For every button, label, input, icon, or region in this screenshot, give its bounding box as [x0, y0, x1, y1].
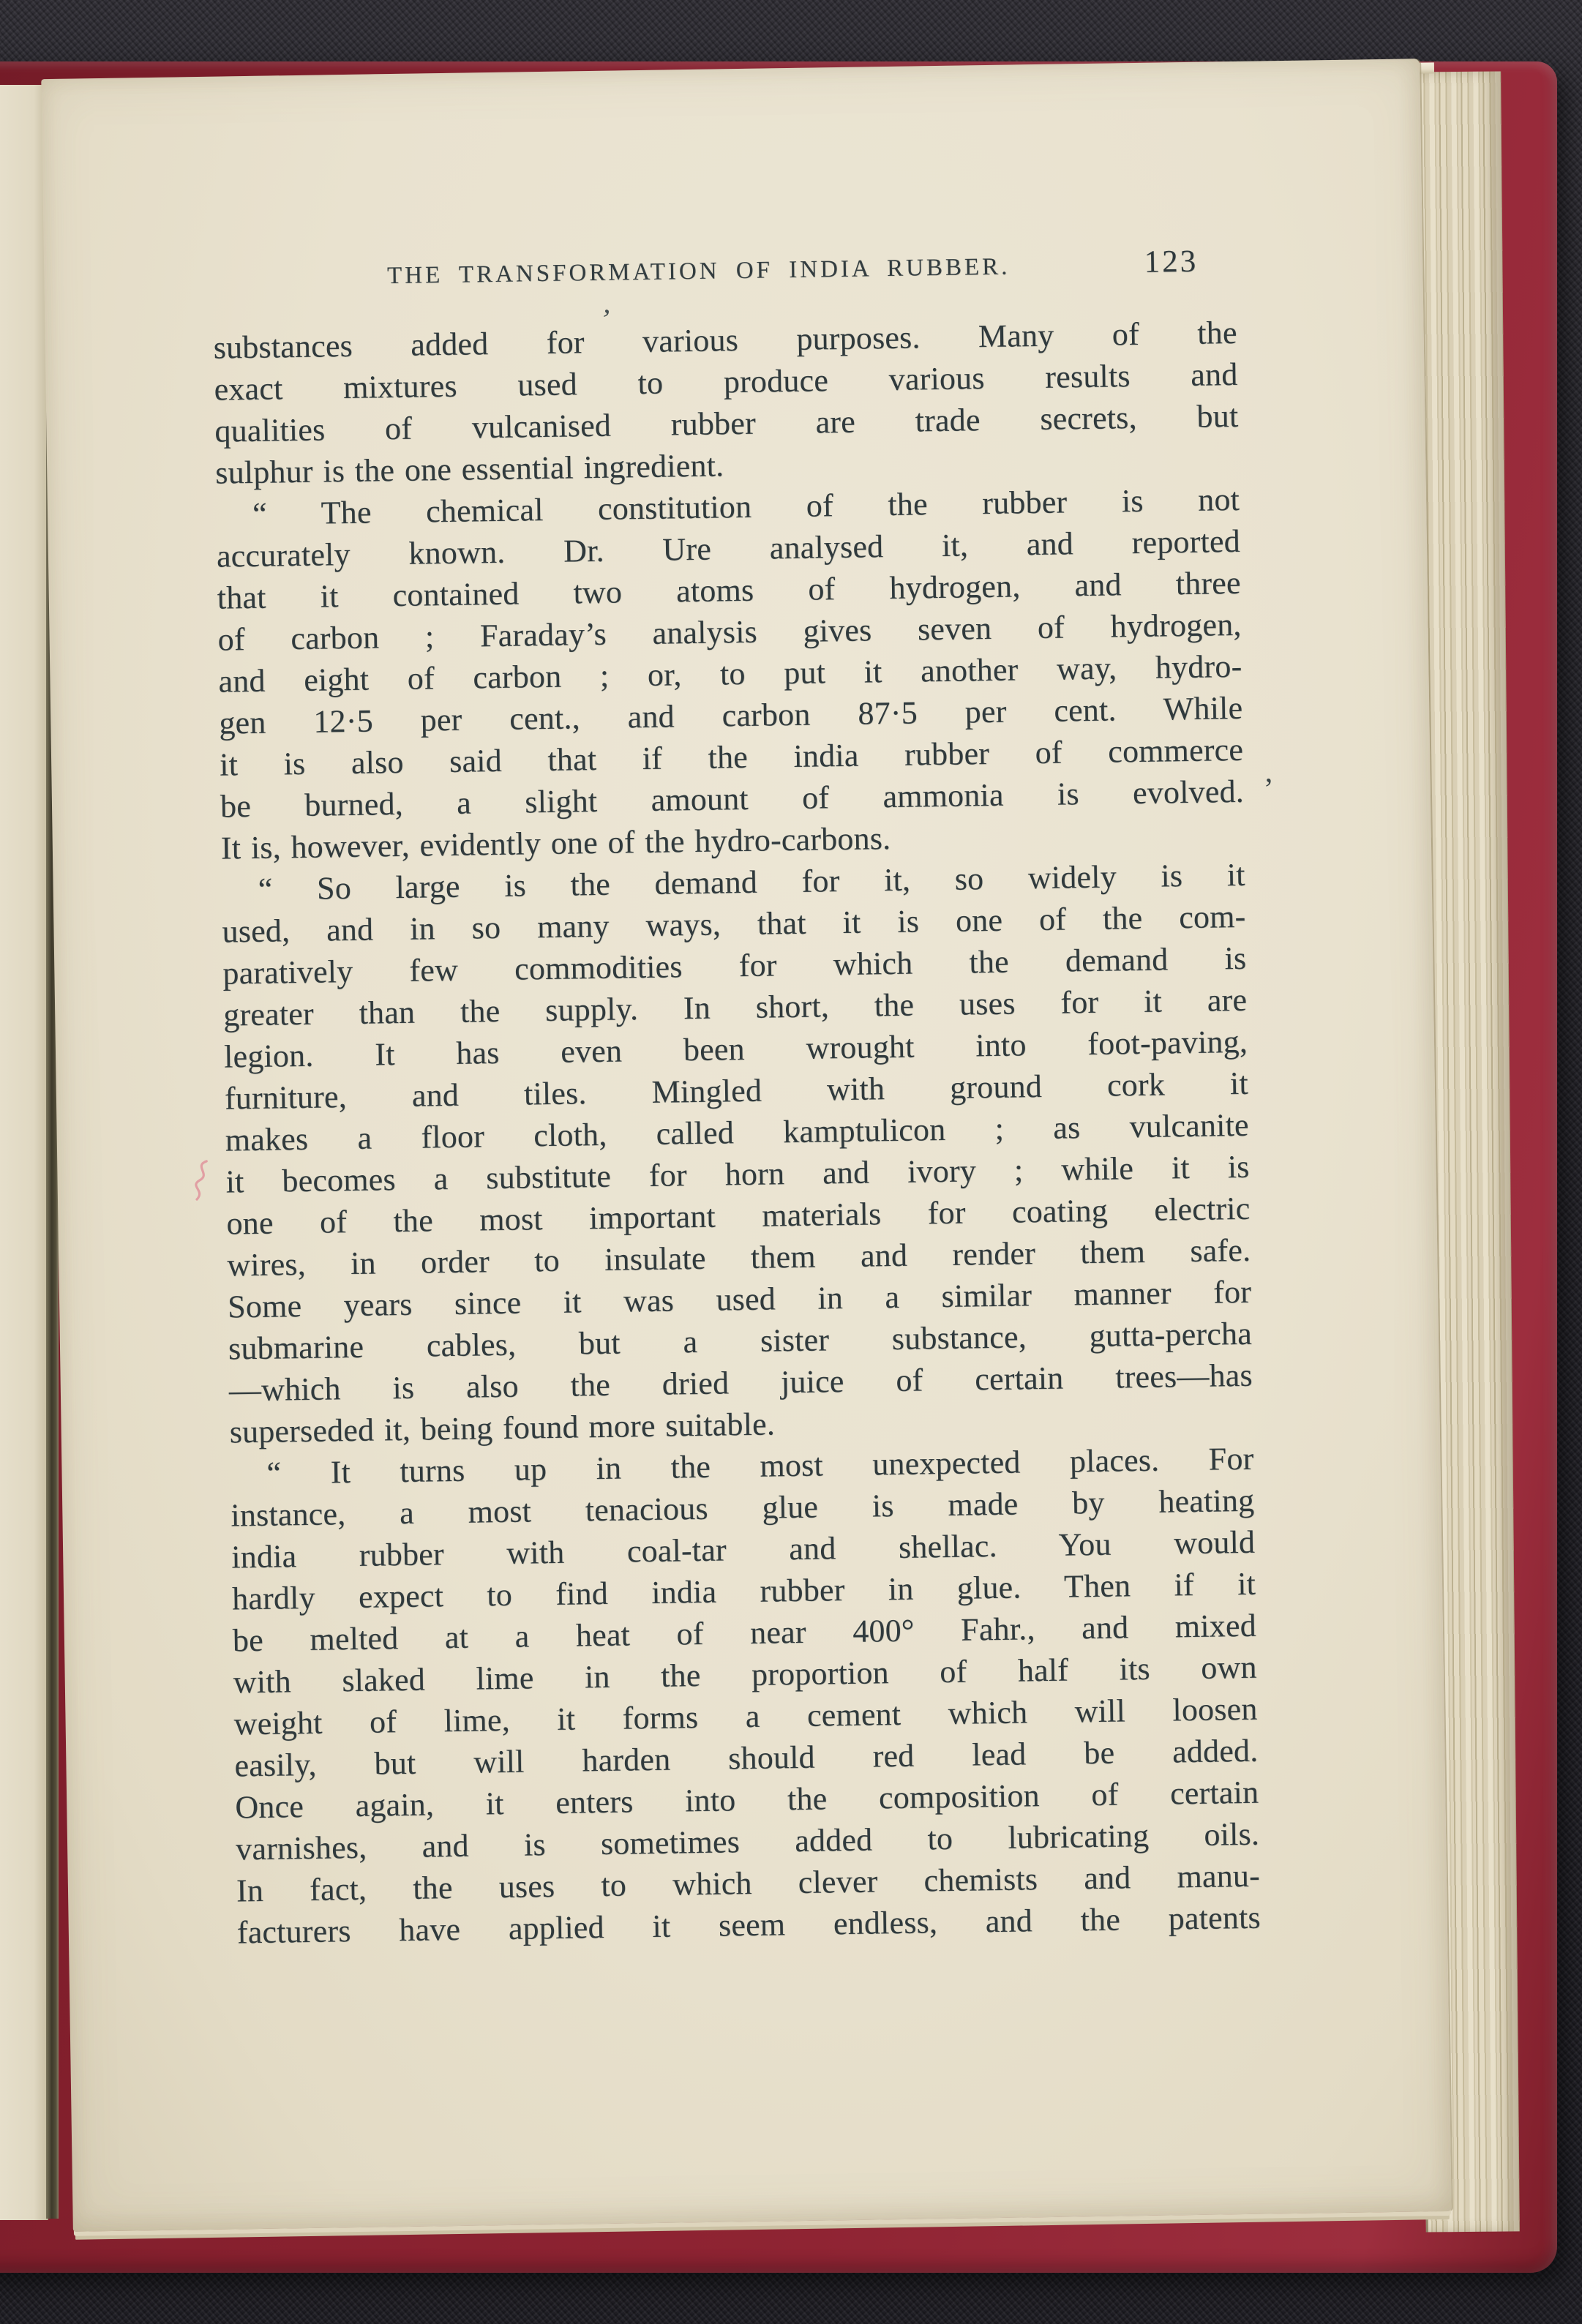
running-header: THE TRANSFORMATION OF INDIA RUBBER. 123 — [212, 250, 1237, 299]
pencil-squiggle-mark — [186, 1158, 216, 1203]
book-page: THE TRANSFORMATION OF INDIA RUBBER. 123 … — [41, 59, 1451, 2232]
page-number: 123 — [1144, 244, 1198, 280]
paragraph: substances added for various purposes. M… — [213, 312, 1239, 494]
paragraph: “ The chemical constitution of the rubbe… — [216, 479, 1245, 869]
paragraph: “ So large is the demand for it, so wide… — [221, 854, 1253, 1453]
margin-comma-mark: , — [1264, 754, 1272, 790]
text-block: THE TRANSFORMATION OF INDIA RUBBER. 123 … — [41, 59, 1447, 1956]
page-title: THE TRANSFORMATION OF INDIA RUBBER. — [212, 250, 1236, 293]
adjacent-page-edge — [0, 85, 48, 2220]
paragraph: “ It turns up in the most unexpected pla… — [230, 1438, 1261, 1954]
book-photo-scene: THE TRANSFORMATION OF INDIA RUBBER. 123 … — [0, 0, 1582, 2324]
